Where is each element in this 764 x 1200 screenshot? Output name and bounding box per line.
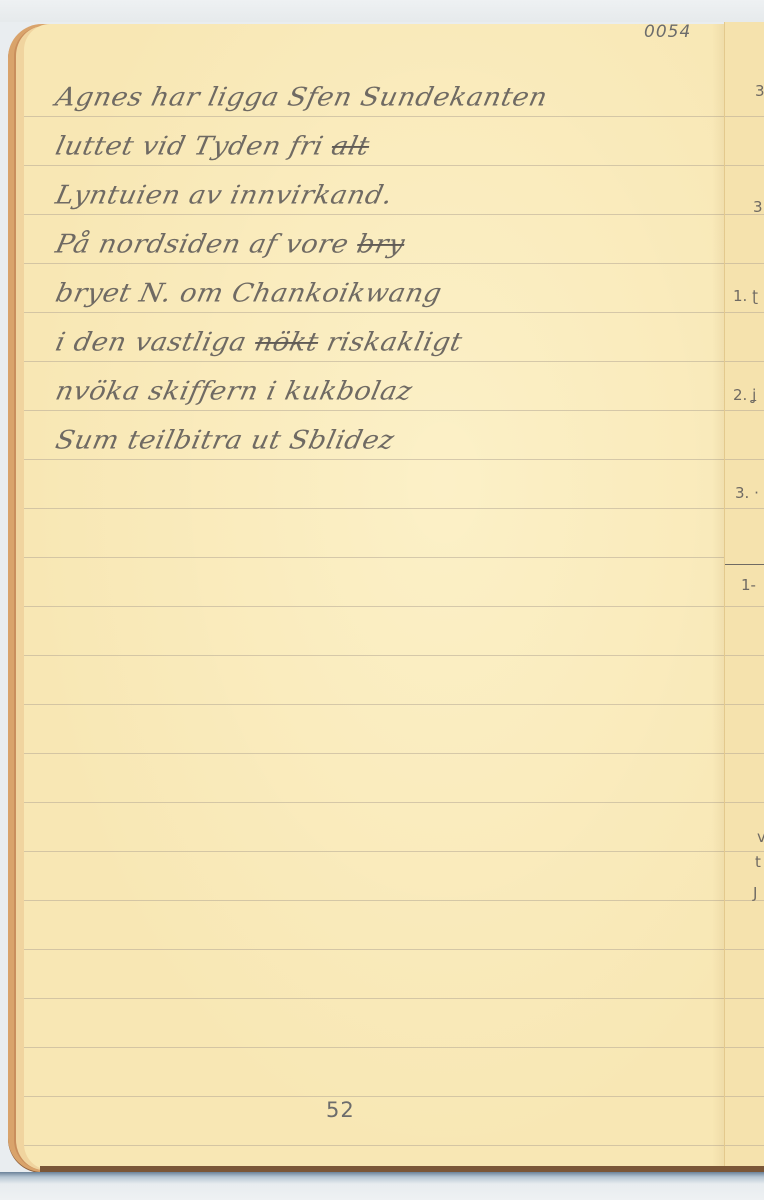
ruled-line — [24, 1096, 724, 1097]
ruled-line — [24, 998, 724, 999]
ruled-line — [24, 361, 724, 362]
handwritten-line-5: bryet N. om Chankoikwang — [53, 279, 445, 308]
handwritten-text: luttet vid Tyden fri — [53, 132, 335, 161]
ruled-line — [725, 1145, 764, 1146]
ruled-line — [725, 263, 764, 264]
ruled-line — [24, 263, 724, 264]
ruled-line — [24, 214, 724, 215]
ruled-line — [725, 165, 764, 166]
right-page-divider-line — [725, 564, 764, 565]
scan-background-top — [0, 0, 764, 22]
scan-background-bottom — [0, 1172, 764, 1200]
ruled-line — [725, 116, 764, 117]
ruled-line — [725, 900, 764, 901]
ruled-line — [24, 557, 724, 558]
notebook-left-page: Agnes har ligga Sfen Sundekanten luttet … — [24, 24, 724, 1170]
ruled-line — [725, 655, 764, 656]
right-page-mark: 3. · — [735, 484, 759, 502]
ruled-line — [24, 1145, 724, 1146]
handwritten-text: bryet N. om Chankoikwang — [53, 279, 445, 308]
archive-number: 0054 — [644, 22, 691, 42]
ruled-line — [24, 410, 724, 411]
ruled-line — [24, 655, 724, 656]
ruled-line — [24, 116, 724, 117]
right-page-mark: v — [757, 828, 764, 846]
right-page-mark: 2. ʝ — [733, 386, 756, 404]
struck-word: alt — [329, 132, 372, 161]
ruled-line — [24, 949, 724, 950]
ruled-line — [24, 165, 724, 166]
handwritten-line-3: Lyntuien av innvirkand. — [53, 181, 396, 210]
right-page-mark: J — [753, 884, 757, 902]
ruled-line — [725, 508, 764, 509]
ruled-line — [725, 802, 764, 803]
right-page-mark: 1. ʈ — [733, 287, 758, 305]
handwritten-text: nvöka skiffern i kukbolaz — [53, 377, 415, 406]
ruled-line — [24, 508, 724, 509]
handwritten-text: På nordsiden af vore — [53, 230, 361, 259]
right-page-mark: t — [755, 853, 761, 871]
ruled-line — [725, 753, 764, 754]
handwritten-line-1: Agnes har ligga Sfen Sundekanten — [53, 83, 550, 112]
ruled-line — [24, 900, 724, 901]
ruled-line — [725, 312, 764, 313]
handwritten-line-4: På nordsiden af vore bry — [53, 230, 408, 259]
ruled-line — [24, 802, 724, 803]
right-page-mark: 1- — [741, 576, 756, 594]
ruled-line — [725, 410, 764, 411]
handwritten-line-2: luttet vid Tyden fri alt — [53, 132, 372, 161]
page-number: 52 — [326, 1098, 355, 1122]
right-page-mark: 3 — [755, 82, 764, 100]
ruled-line — [725, 998, 764, 999]
ruled-line — [725, 1096, 764, 1097]
ruled-line — [725, 361, 764, 362]
handwritten-text: i den vastliga — [53, 328, 259, 357]
handwritten-text: riskakligt — [315, 328, 465, 357]
ruled-line — [24, 1047, 724, 1048]
handwritten-line-8: Sum teilbitra ut Sblidez — [53, 426, 397, 455]
ruled-line — [725, 949, 764, 950]
ruled-line — [24, 851, 724, 852]
ruled-line — [725, 606, 764, 607]
ruled-line — [725, 1047, 764, 1048]
struck-word: bry — [354, 230, 407, 259]
ruled-line — [24, 459, 724, 460]
ruled-line — [725, 851, 764, 852]
ruled-line — [725, 704, 764, 705]
handwritten-text: Agnes har ligga Sfen Sundekanten — [53, 83, 550, 112]
handwritten-text: Lyntuien av innvirkand. — [53, 181, 396, 210]
handwritten-text: Sum teilbitra ut Sblidez — [53, 426, 397, 455]
handwritten-line-6: i den vastliga nökt riskakligt — [53, 328, 465, 357]
handwritten-line-7: nvöka skiffern i kukbolaz — [53, 377, 415, 406]
ruled-line — [24, 606, 724, 607]
ruled-line — [24, 753, 724, 754]
notebook-right-page-fragment: 3 3 1. ʈ 2. ʝ 3. · 1- v t J — [724, 22, 764, 1170]
right-page-mark: 3 — [753, 198, 763, 216]
ruled-line — [24, 312, 724, 313]
ruled-line — [24, 704, 724, 705]
ruled-line — [725, 459, 764, 460]
struck-word: nökt — [252, 328, 321, 357]
